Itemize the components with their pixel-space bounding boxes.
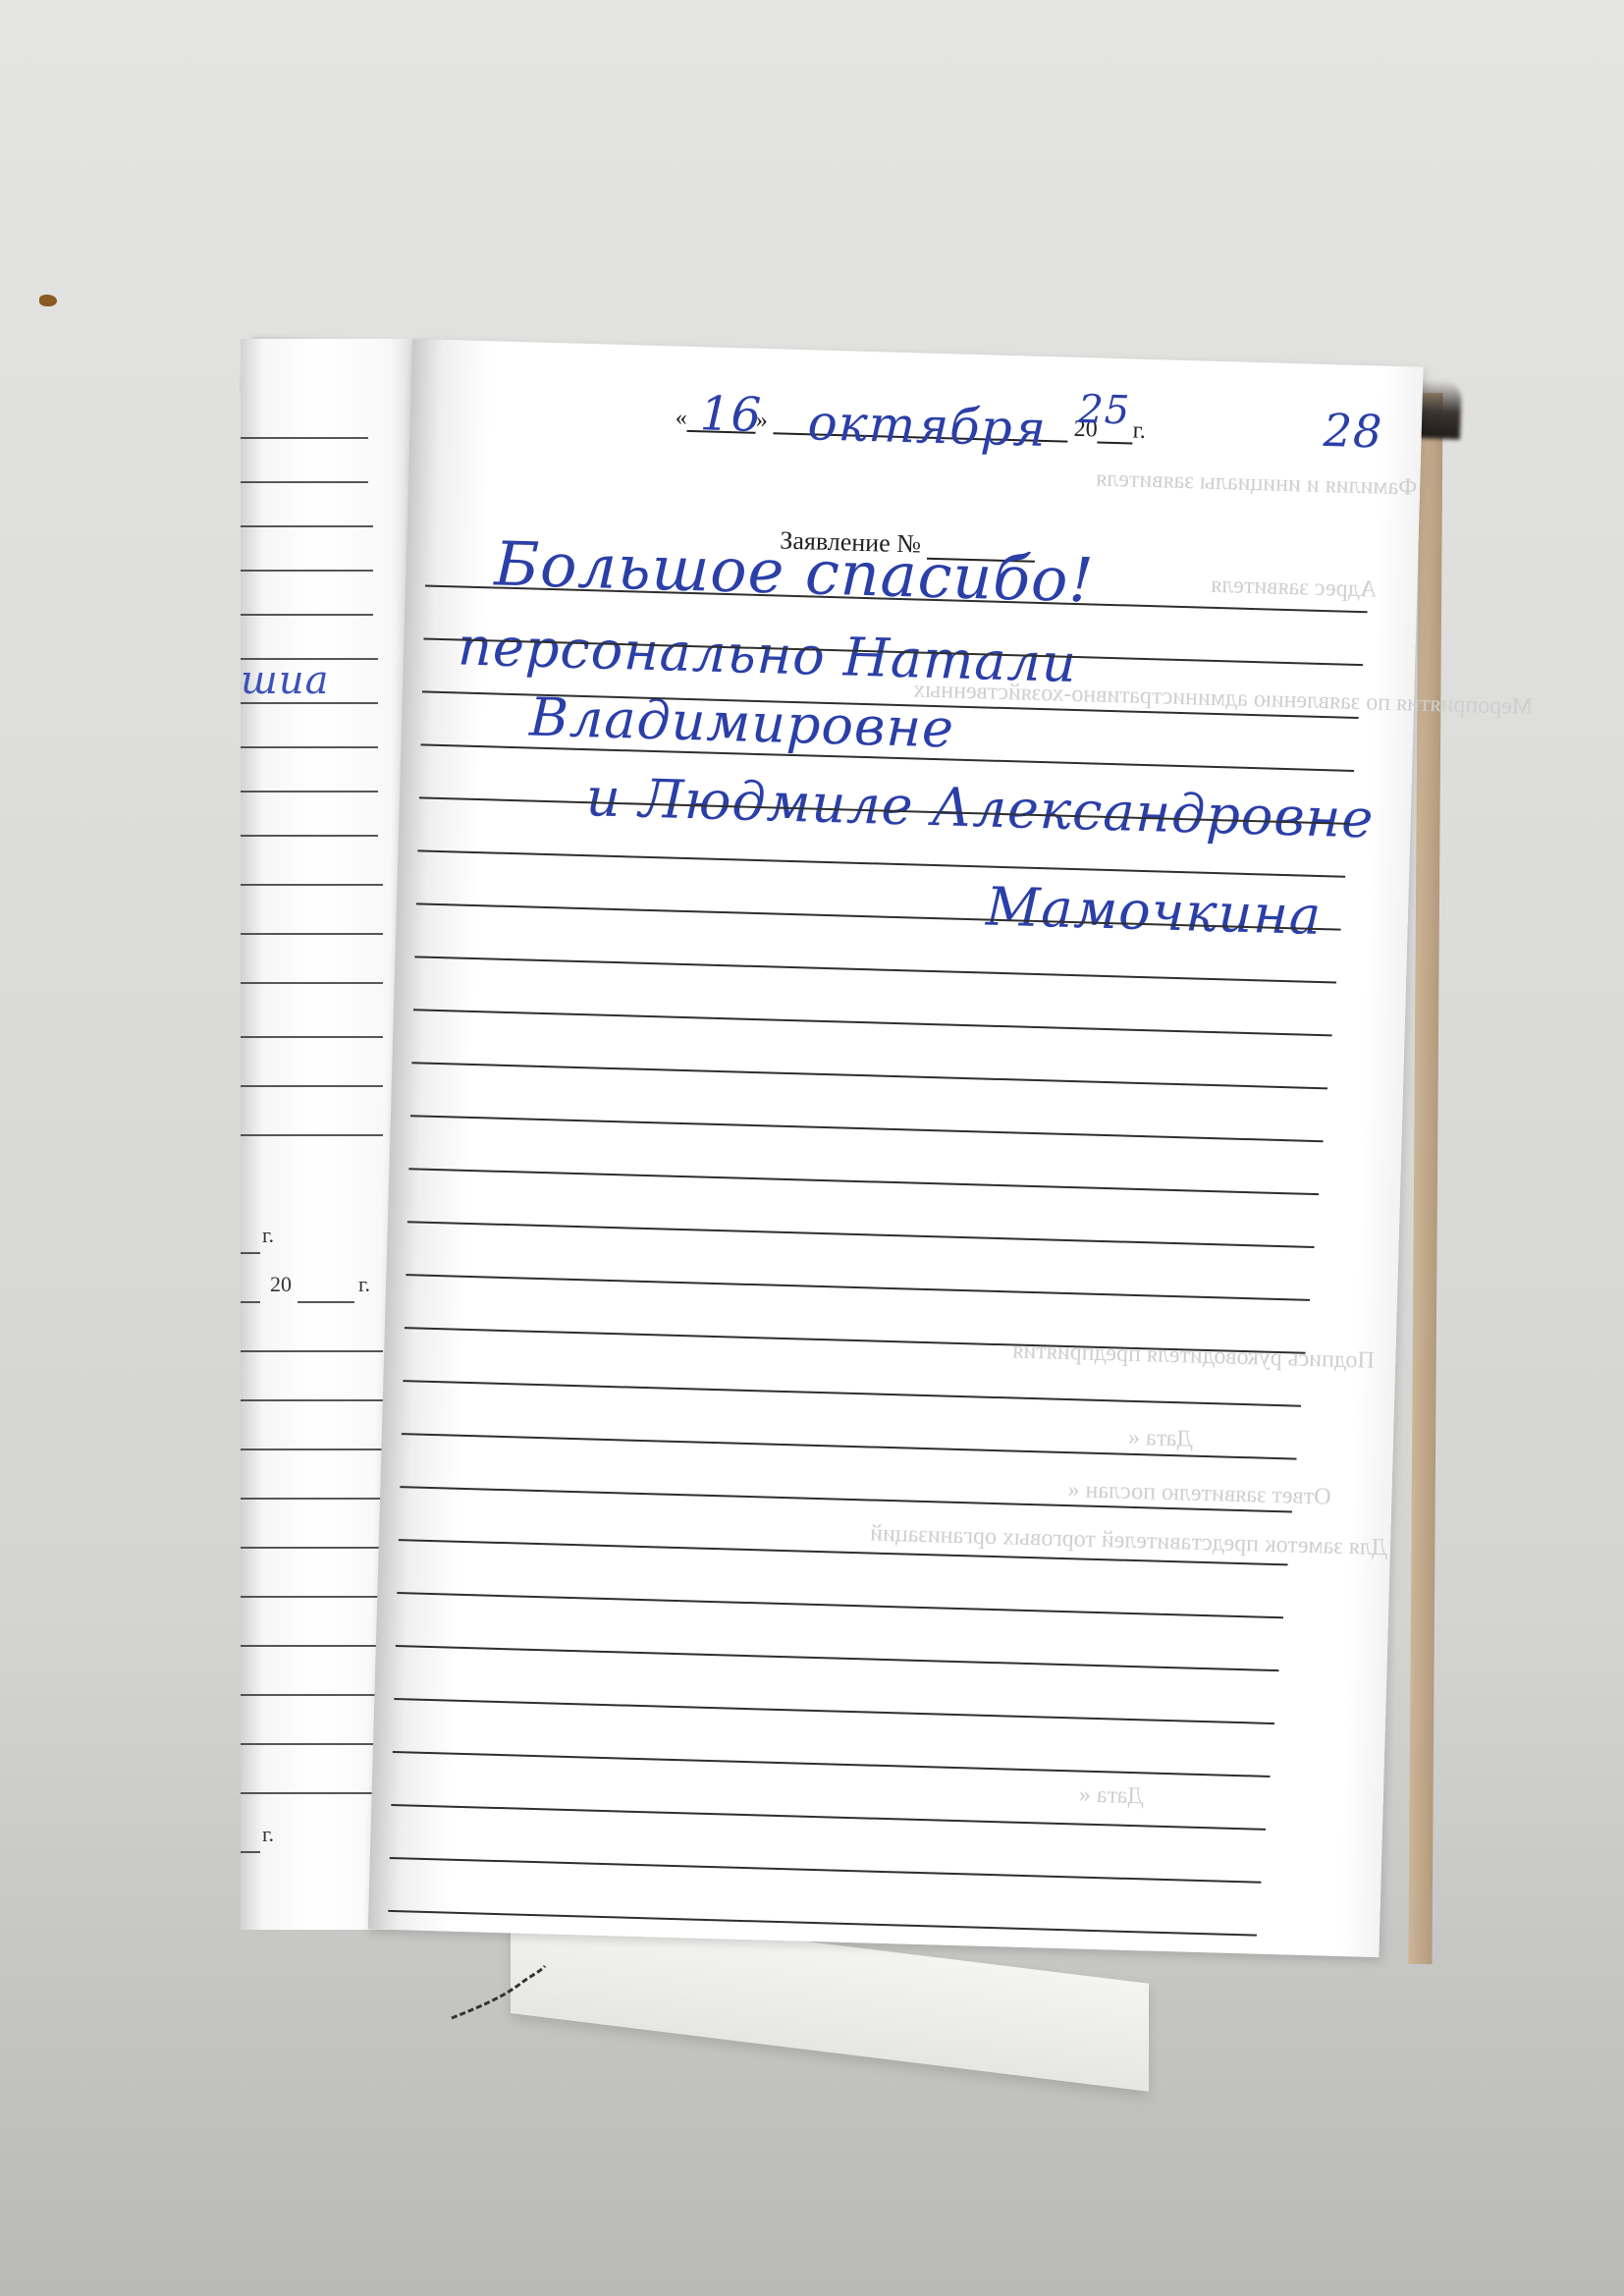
bleed-through-text: Адрес заявителя xyxy=(1211,573,1378,604)
stub-handwriting: шиа xyxy=(241,658,330,703)
stub-rule xyxy=(241,614,373,616)
stub-year-suffix: г. xyxy=(262,1223,274,1248)
handwritten-year: 25 xyxy=(1078,387,1131,433)
year-suffix: г. xyxy=(1132,418,1146,444)
stub-rule xyxy=(241,1350,383,1352)
bleed-through-text: Дата « xyxy=(1078,1782,1144,1811)
handwritten-day: 16 xyxy=(699,386,763,443)
ruled-line xyxy=(405,1327,1306,1354)
ruled-line xyxy=(406,1274,1310,1301)
stub-rule xyxy=(241,884,383,886)
stub-rule xyxy=(241,1792,383,1794)
dust-speck xyxy=(39,295,57,306)
stub-rule xyxy=(241,1547,383,1549)
ruled-line xyxy=(414,956,1336,983)
stub-rule xyxy=(241,1399,383,1401)
handwritten-page-number: 28 xyxy=(1323,404,1383,459)
stub-rule xyxy=(241,1694,383,1696)
stub-rule xyxy=(241,791,378,793)
complaint-book-page: Фамилия и инициалы заявителя Адрес заяви… xyxy=(368,339,1424,1957)
stub-rule xyxy=(241,1134,383,1136)
ruled-line xyxy=(397,1592,1283,1618)
ruled-line xyxy=(417,849,1345,877)
stub-year-blank xyxy=(298,1301,354,1303)
ruled-line xyxy=(390,1857,1262,1884)
stub-rule xyxy=(241,1449,383,1450)
bleed-through-text: Дата « xyxy=(1128,1425,1194,1453)
ruled-line xyxy=(408,1168,1319,1195)
stub-rule xyxy=(241,1645,383,1647)
ruled-line xyxy=(407,1221,1315,1248)
date-open-quote: « xyxy=(675,406,687,431)
stub-rule xyxy=(241,525,373,527)
bleed-through-text: Фамилия и инициалы заявителя xyxy=(1096,466,1418,502)
ruled-line xyxy=(393,1751,1271,1777)
stub-rule xyxy=(241,982,383,984)
ruled-line xyxy=(413,1009,1332,1036)
stub-rule xyxy=(241,1596,383,1598)
stub-rule xyxy=(241,481,368,483)
stub-rule xyxy=(241,835,378,837)
stub-year-suffix: г. xyxy=(358,1272,370,1297)
stub-year-prefix: 20 xyxy=(270,1272,292,1297)
handwritten-signature: Мамочкина xyxy=(985,876,1323,948)
ruled-line xyxy=(411,1062,1327,1089)
stub-rule xyxy=(241,1851,260,1853)
stub-rule xyxy=(241,1743,383,1745)
stub-year-suffix: г. xyxy=(262,1822,274,1847)
ink-smudge xyxy=(447,1964,555,2023)
stub-rule xyxy=(241,437,368,439)
handwritten-month: октября xyxy=(807,394,1048,458)
ruled-line xyxy=(396,1645,1279,1671)
stub-rule xyxy=(241,1085,383,1087)
stub-rule xyxy=(241,1301,260,1303)
stub-rule xyxy=(241,1036,383,1038)
handwritten-line: и Людмиле Александровне xyxy=(585,766,1375,849)
stub-rule xyxy=(241,746,378,748)
ruled-line xyxy=(410,1115,1324,1142)
stub-rule xyxy=(241,1252,260,1254)
ruled-line xyxy=(388,1910,1257,1937)
bleed-through-text: Подпись руководителя предприятия xyxy=(1012,1338,1375,1374)
stub-rule xyxy=(241,570,373,572)
ruled-line xyxy=(403,1380,1301,1407)
ruled-lines xyxy=(412,339,1424,367)
stub-rule xyxy=(241,1498,383,1500)
ruled-line xyxy=(394,1698,1274,1724)
stub-rule xyxy=(241,933,383,935)
